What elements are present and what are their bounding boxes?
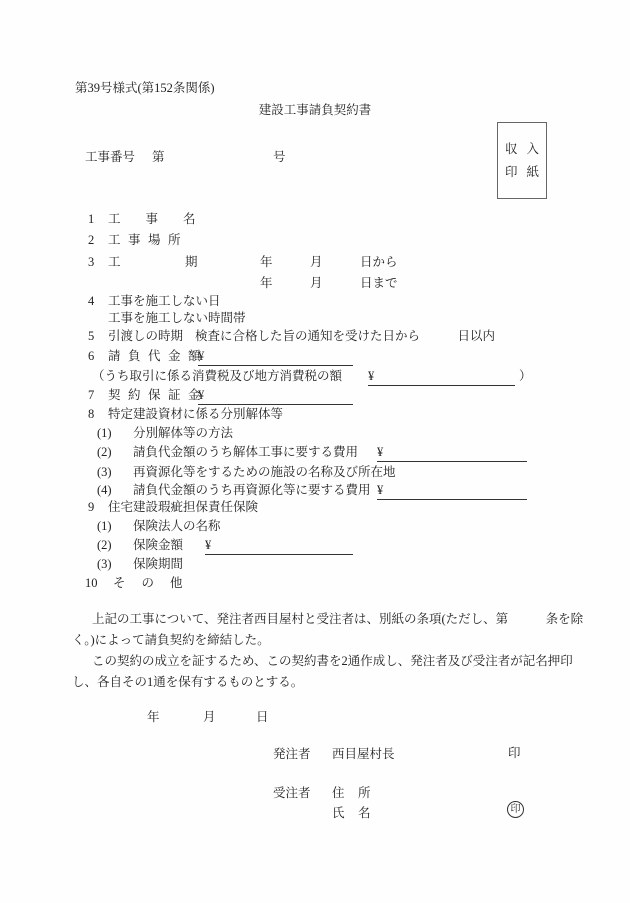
item-9-3-text: 保険期間 xyxy=(133,557,183,571)
paragraph-line-4: し、各自その1通を保有するものとする。 xyxy=(72,675,303,689)
item-3-period-from: 年 月 日から xyxy=(260,255,398,269)
contractor-name-label: 氏名 xyxy=(332,806,384,820)
stamp-row: 印 紙 xyxy=(498,166,546,179)
item-9-2-text: 保険金額 xyxy=(133,538,183,552)
contractor-seal-mark: 印 xyxy=(507,801,524,818)
work-number-suffix: 号 xyxy=(273,150,286,164)
contract-document-page: 第39号様式(第152条関係) 建設工事請負契約書 収 入 印 紙 工事番号 第… xyxy=(0,0,630,903)
item-7-number: 7 xyxy=(88,388,94,402)
item-1-label: 工事名 xyxy=(108,212,221,226)
work-number-label: 工事番号 xyxy=(85,150,135,164)
owner-name: 西目屋村長 xyxy=(332,747,395,761)
paragraph-line-2: く。)によって請負契約を締結した。 xyxy=(72,633,270,647)
owner-role-label: 発注者 xyxy=(273,747,311,761)
item-9-title: 住宅建設瑕疵担保責任保険 xyxy=(108,500,258,514)
stamp-row: 収 入 xyxy=(498,143,546,156)
item-8-4-text: 請負代金額のうち再資源化等に要する費用 xyxy=(133,483,371,497)
item-6-label: 請負代金額 xyxy=(108,349,208,363)
item-8-1-text: 分別解体等の方法 xyxy=(133,426,233,440)
item-8-2-text: 請負代金額のうち解体工事に要する費用 xyxy=(133,445,358,459)
item-9-3-number: (3) xyxy=(97,557,112,571)
item-8-3-text: 再資源化等をするための施設の名称及び所在地 xyxy=(133,465,396,479)
item-8-4-amount-field: ¥ xyxy=(377,483,527,500)
item-5-number: 5 xyxy=(88,329,94,343)
item-8-1-number: (1) xyxy=(97,426,112,440)
item-9-1-number: (1) xyxy=(97,519,112,533)
item-6-amount-field: ¥ xyxy=(198,349,353,366)
contractor-address-label: 住所 xyxy=(332,786,384,800)
paragraph-line-1: 上記の工事について、発注者西目屋村と受注者は、別紙の条項(ただし、第 条を除 xyxy=(92,612,583,626)
item-3-number: 3 xyxy=(88,255,94,269)
stamp-char: 印 xyxy=(505,166,518,179)
item-8-title: 特定建設資材に係る分別解体等 xyxy=(108,407,283,421)
document-title: 建設工事請負契約書 xyxy=(0,103,630,117)
paragraph-line-3: この契約の成立を証するため、この契約書を2通作成し、発注者及び受注者が記名押印 xyxy=(92,654,573,668)
item-2-number: 2 xyxy=(88,233,94,247)
date-year-label: 年 xyxy=(147,710,160,724)
form-number: 第39号様式(第152条関係) xyxy=(75,81,215,95)
item-8-number: 8 xyxy=(88,407,94,421)
item-3-label: 工期 xyxy=(108,255,262,269)
item-6-paren-text: （うち取引に係る消費税及び地方消費税の額 xyxy=(92,369,342,383)
item-1-number: 1 xyxy=(88,212,94,226)
item-6-paren-close: ） xyxy=(519,369,532,383)
item-9-number: 9 xyxy=(88,500,94,514)
item-2-label: 工事場所 xyxy=(108,233,188,247)
revenue-stamp-box: 収 入 印 紙 xyxy=(497,122,547,199)
item-8-2-amount-field: ¥ xyxy=(377,445,527,462)
date-month-label: 月 xyxy=(203,710,216,724)
item-10-number: 10 xyxy=(85,576,98,590)
item-6-tax-amount-field: ¥ xyxy=(368,369,515,386)
date-day-label: 日 xyxy=(256,710,269,724)
item-9-1-text: 保険法人の名称 xyxy=(133,519,221,533)
item-9-2-amount-field: ¥ xyxy=(205,538,353,555)
stamp-char: 紙 xyxy=(526,166,539,179)
stamp-char: 収 xyxy=(505,143,518,156)
stamp-char: 入 xyxy=(526,143,539,156)
item-8-4-number: (4) xyxy=(97,483,112,497)
item-10-label: その他 xyxy=(113,576,199,590)
work-number-prefix: 第 xyxy=(152,150,165,164)
item-3-period-to: 年 月 日まで xyxy=(260,276,398,290)
item-9-2-number: (2) xyxy=(97,538,112,552)
contractor-role-label: 受注者 xyxy=(273,786,311,800)
item-5-label: 引渡しの時期 xyxy=(108,329,183,343)
owner-seal-mark: 印 xyxy=(508,746,521,760)
item-4-number: 4 xyxy=(88,294,94,308)
item-8-3-number: (3) xyxy=(97,465,112,479)
item-7-amount-field: ¥ xyxy=(198,388,353,405)
item-4-text2: 工事を施工しない時間帯 xyxy=(108,311,246,325)
item-7-label: 契約保証金 xyxy=(108,388,208,402)
item-4-text1: 工事を施工しない日 xyxy=(108,294,221,308)
item-8-2-number: (2) xyxy=(97,445,112,459)
item-5-text: 検査に合格した旨の通知を受けた日から 日以内 xyxy=(195,329,495,343)
seal-character: 印 xyxy=(511,805,521,815)
item-6-number: 6 xyxy=(88,349,94,363)
